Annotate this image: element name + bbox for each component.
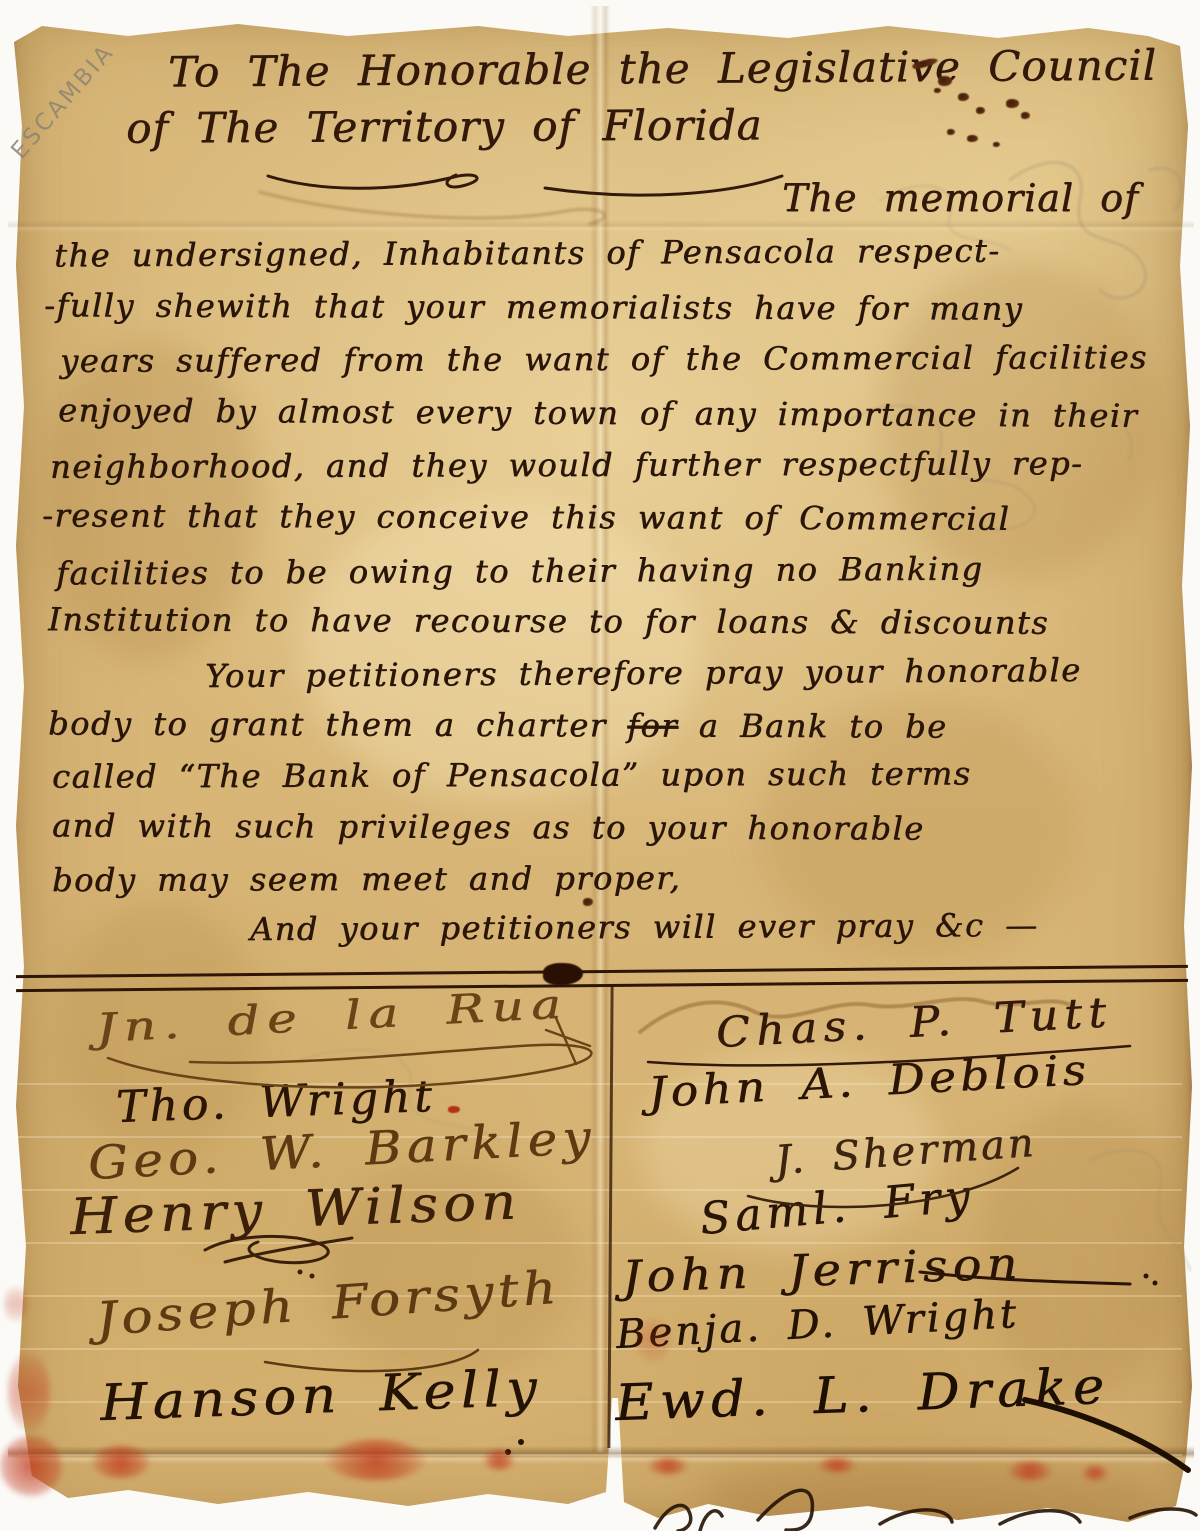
petition-body-line: called “The Bank of Pensacola” upon such… <box>52 754 972 795</box>
horizontal-fold-crease <box>8 220 1194 232</box>
petition-body-line: facilities to be owing to their having n… <box>56 550 984 593</box>
scanned-document-background: ESCAMBIA To The Honorable the Legislativ… <box>0 0 1200 1531</box>
red-stain <box>1082 1466 1108 1480</box>
petition-body-line: body may seem meet and proper, <box>52 859 681 899</box>
red-stain <box>326 1440 426 1480</box>
red-stain <box>818 1458 856 1472</box>
petition-body-line: neighborhood, and they would further res… <box>50 444 1083 486</box>
petition-closing-line: And your petitioners will ever pray &c — <box>250 906 1039 948</box>
petition-body-line: Your petitioners therefore pray your hon… <box>205 651 1082 695</box>
charter-line-struck-word: for <box>627 706 678 744</box>
red-stain <box>8 1352 50 1432</box>
petition-body-line: -resent that they conceive this want of … <box>42 496 1010 537</box>
petition-body-line: Institution to have recourse to for loan… <box>48 600 1049 641</box>
red-stain <box>648 1458 688 1474</box>
red-stain <box>92 1446 150 1478</box>
red-stain <box>636 1318 670 1362</box>
petition-body-line: and with such privileges as to your hono… <box>52 806 925 847</box>
petition-body-line: -fully shewith that your memorialists ha… <box>44 286 1023 327</box>
red-stain <box>1008 1462 1052 1480</box>
petition-body-line: years suffered from the want of the Comm… <box>60 338 1148 380</box>
red-stain <box>0 1436 62 1496</box>
red-stain <box>4 1286 28 1322</box>
petition-body-line: the undersigned, Inhabitants of Pensacol… <box>54 232 1001 275</box>
charter-line-pre: body to grant them a charter <box>48 704 627 744</box>
petition-salutation: The memorial of <box>782 176 1139 220</box>
petition-charter-line: body to grant them a charter for a Bank … <box>48 704 948 745</box>
petition-heading-line: To The Honorable the Legislative Council <box>168 41 1157 97</box>
charter-line-post: a Bank to be <box>678 707 948 746</box>
petition-heading-line: of The Territory of Florida <box>126 100 763 152</box>
petition-body-line: enjoyed by almost every town of any impo… <box>58 391 1138 435</box>
red-stain <box>484 1450 514 1470</box>
